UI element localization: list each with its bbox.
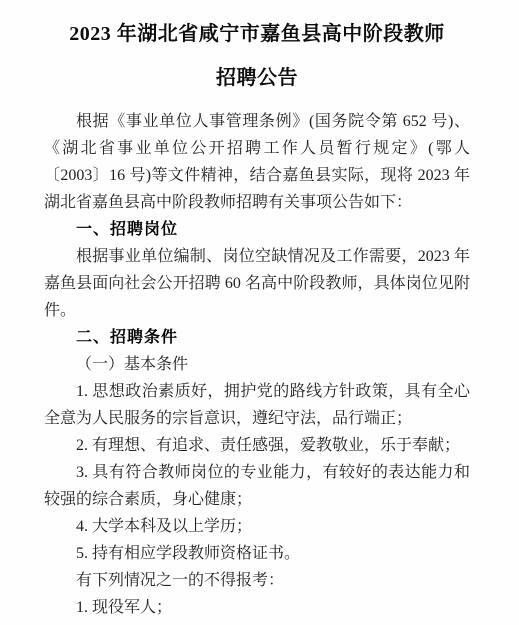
condition-item-5: 5. 持有相应学段教师资格证书。 [44,540,470,567]
document-title: 2023 年湖北省咸宁市嘉鱼县高中阶段教师 招聘公告 [44,12,470,100]
paragraph-legal-basis: 根据《事业单位人事管理条例》(国务院令第 652 号)、《湖北省事业单位公开招聘… [44,108,470,216]
document-title-line-2: 招聘公告 [44,56,470,100]
announcement-document: 2023 年湖北省咸宁市嘉鱼县高中阶段教师 招聘公告 根据《事业单位人事管理条例… [0,0,519,625]
heading-section-1-recruitment-positions: 一、招聘岗位 [44,216,470,243]
document-title-line-1: 2023 年湖北省咸宁市嘉鱼县高中阶段教师 [44,12,470,56]
ineligible-item-1: 1. 现役军人； [44,594,470,621]
subheading-basic-conditions: （一）基本条件 [44,351,470,378]
condition-item-4: 4. 大学本科及以上学历； [44,513,470,540]
paragraph-ineligible-intro: 有下列情况之一的不得报考： [44,567,470,594]
paragraph-position-count: 根据事业单位编制、岗位空缺情况及工作需要，2023 年嘉鱼县面向社会公开招聘 6… [44,243,470,324]
condition-item-3: 3. 具有符合教师岗位的专业能力，有较好的表达能力和较强的综合素质，身心健康； [44,459,470,513]
condition-item-1: 1. 思想政治素质好，拥护党的路线方针政策，具有全心全意为人民服务的宗旨意识，遵… [44,378,470,432]
document-body: 根据《事业单位人事管理条例》(国务院令第 652 号)、《湖北省事业单位公开招聘… [44,108,470,621]
heading-section-2-recruitment-conditions: 二、招聘条件 [44,324,470,351]
condition-item-2: 2. 有理想、有追求、责任感强，爱教敬业，乐于奉献； [44,432,470,459]
